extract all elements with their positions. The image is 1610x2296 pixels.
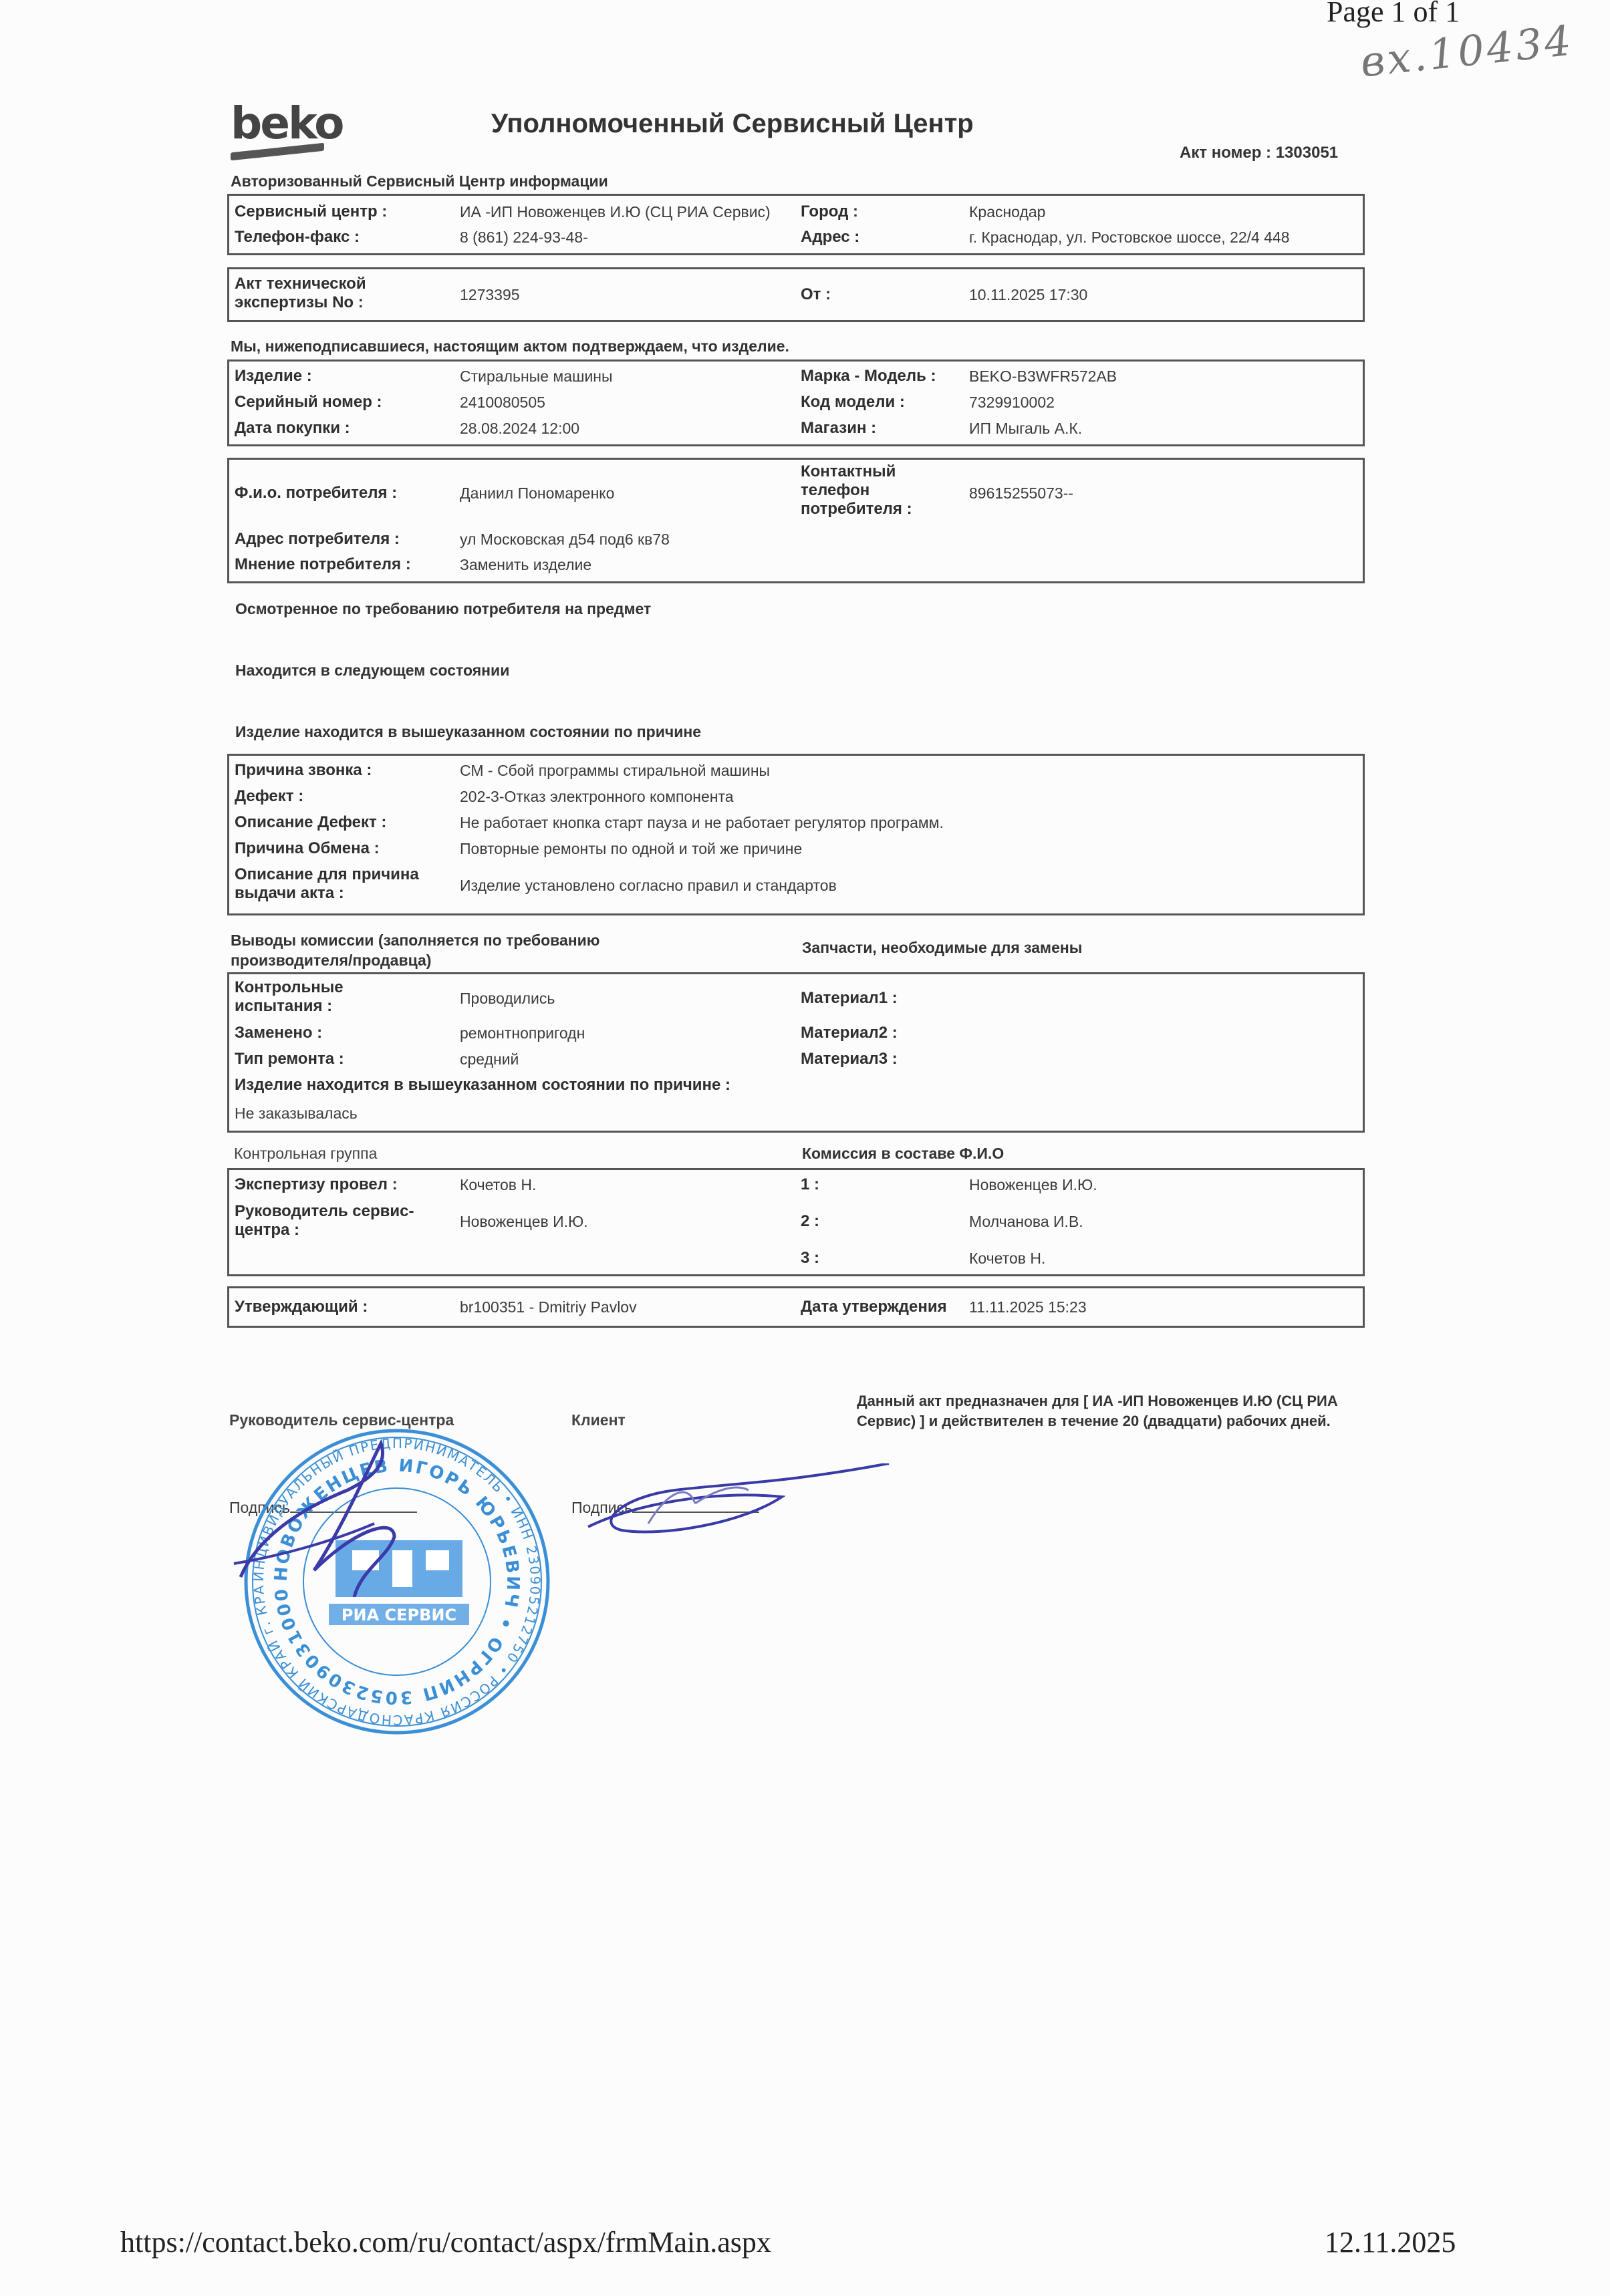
- parts-heading: Запчасти, необходимые для замены: [802, 939, 1082, 957]
- material2-label: Материал2 :: [801, 1024, 898, 1042]
- replaced-value: ремонтнопригодн: [460, 1024, 585, 1042]
- validity-note: Данный акт предназначен для [ ИА -ИП Нов…: [857, 1391, 1365, 1431]
- consumer-phone-value: 89615255073--: [969, 484, 1073, 503]
- approval-date-value: 11.11.2025 15:23: [969, 1298, 1087, 1316]
- service-center-heading: Авторизованный Сервисный Центр информаци…: [231, 172, 608, 190]
- act-number-label: Акт номер :: [1180, 144, 1271, 162]
- control-tests-value: Проводились: [460, 989, 555, 1008]
- beko-logo: beko: [231, 104, 331, 164]
- head-signature-scribble-icon: [221, 1423, 555, 1597]
- member-2-num: 2 :: [801, 1212, 819, 1231]
- city-label: Город :: [801, 202, 858, 221]
- document-title: Уполномоченный Сервисный Центр: [491, 109, 974, 139]
- defect-description-value: Не работает кнопка старт пауза и не рабо…: [460, 813, 944, 832]
- expert-label: Экспертизу провел :: [235, 1175, 398, 1194]
- defect-value: 202-3-Отказ электронного компонента: [460, 787, 734, 806]
- consumer-opinion-value: Заменить изделие: [460, 555, 591, 574]
- member-1-name: Новоженцев И.Ю.: [969, 1175, 1097, 1194]
- address-label: Адрес :: [801, 228, 859, 247]
- call-reason-label: Причина звонка :: [235, 761, 372, 780]
- state-reason-label: Изделие находится в вышеуказанном состоя…: [235, 1076, 730, 1095]
- purchase-date-label: Дата покупки :: [235, 419, 350, 438]
- consumer-box: Ф.и.о. потребителя : Даниил Пономаренко …: [227, 458, 1365, 583]
- consumer-phone-label: Контактный телефон потребителя :: [801, 462, 912, 519]
- repair-type-label: Тип ремонта :: [235, 1050, 344, 1068]
- serial-value: 2410080505: [460, 393, 545, 412]
- brand-model-value: BEKO-B3WFR572AB: [969, 367, 1117, 386]
- from-label: От :: [801, 285, 831, 304]
- head-value: Новоженцев И.Ю.: [460, 1212, 588, 1231]
- material1-label: Материал1 :: [801, 989, 898, 1008]
- model-code-label: Код модели :: [801, 393, 905, 412]
- phone-fax-label: Телефон-факс :: [235, 228, 360, 247]
- expertise-act-value: 1273395: [460, 285, 520, 304]
- control-group-heading: Контрольная группа: [234, 1145, 377, 1163]
- head-label: Руководитель сервис- центра :: [235, 1202, 414, 1240]
- approval-date-label: Дата утверждения: [801, 1298, 947, 1316]
- conclusions-heading: Выводы комиссии (заполняется по требован…: [231, 930, 599, 970]
- expert-value: Кочетов Н.: [460, 1175, 536, 1194]
- expertise-box: Акт технической экспертизы No : 1273395 …: [227, 267, 1365, 322]
- address-value: г. Краснодар, ул. Ростовское шоссе, 22/4…: [969, 228, 1290, 247]
- issue-description-label: Описание для причина выдачи акта :: [235, 865, 419, 903]
- control-group-box: Экспертизу провел : Кочетов Н. Руководит…: [227, 1168, 1365, 1276]
- member-3-name: Кочетов Н.: [969, 1249, 1045, 1268]
- service-center-label: Сервисный центр :: [235, 202, 387, 221]
- shop-label: Магазин :: [801, 419, 876, 438]
- consumer-name-value: Даниил Пономаренко: [460, 484, 614, 503]
- call-reason-value: СМ - Сбой программы стиральной машины: [460, 761, 770, 780]
- exchange-reason-label: Причина Обмена :: [235, 839, 380, 858]
- purchase-date-value: 28.08.2024 12:00: [460, 419, 579, 438]
- consumer-address-label: Адрес потребителя :: [235, 530, 400, 549]
- consumer-address-value: ул Московская д54 под6 кв78: [460, 530, 670, 549]
- shop-value: ИП Мыгаль А.К.: [969, 419, 1082, 438]
- control-tests-label: Контрольные испытания :: [235, 978, 344, 1016]
- service-center-value: ИА -ИП Новоженцев И.Ю (СЦ РИА Сервис): [460, 202, 771, 221]
- phone-fax-value: 8 (861) 224-93-48-: [460, 228, 588, 247]
- from-value: 10.11.2025 17:30: [969, 285, 1087, 304]
- serial-label: Серийный номер :: [235, 393, 382, 412]
- member-3-num: 3 :: [801, 1249, 819, 1268]
- member-2-name: Молчанова И.В.: [969, 1212, 1083, 1231]
- state-heading: Находится в следующем состоянии: [235, 662, 509, 680]
- service-center-box: Сервисный центр : ИА -ИП Новоженцев И.Ю …: [227, 194, 1365, 255]
- defect-box: Причина звонка : СМ - Сбой программы сти…: [227, 754, 1365, 915]
- act-number-value: 1303051: [1276, 144, 1338, 162]
- product-heading: Мы, нижеподписавшиеся, настоящим актом п…: [231, 337, 789, 355]
- examined-heading: Осмотренное по требованию потребителя на…: [235, 600, 651, 618]
- issue-description-value: Изделие установлено согласно правил и ст…: [460, 876, 837, 895]
- state-reason-value: Не заказывалась: [235, 1104, 358, 1123]
- logo-text: beko: [231, 104, 331, 144]
- item-label: Изделие :: [235, 367, 312, 386]
- footer-url: https://contact.beko.com/ru/contact/aspx…: [120, 2225, 771, 2259]
- page-indicator: Page 1 of 1: [1327, 0, 1460, 29]
- approver-label: Утверждающий :: [235, 1298, 368, 1316]
- exchange-reason-value: Повторные ремонты по одной и той же прич…: [460, 839, 802, 858]
- replaced-label: Заменено :: [235, 1024, 322, 1042]
- product-box: Изделие : Стиральные машины Марка - Моде…: [227, 360, 1365, 446]
- expertise-act-label: Акт технической экспертизы No :: [235, 275, 366, 312]
- city-value: Краснодар: [969, 202, 1045, 221]
- act-number: Акт номер : 1303051: [1180, 144, 1338, 162]
- defect-label: Дефект :: [235, 787, 303, 806]
- model-code-value: 7329910002: [969, 393, 1055, 412]
- defect-description-label: Описание Дефект :: [235, 813, 386, 832]
- repair-type-value: средний: [460, 1050, 519, 1068]
- brand-model-label: Марка - Модель :: [801, 367, 936, 386]
- consumer-opinion-label: Мнение потребителя :: [235, 555, 411, 574]
- consumer-name-label: Ф.и.о. потребителя :: [235, 484, 397, 503]
- item-value: Стиральные машины: [460, 367, 613, 386]
- commission-box: Контрольные испытания : Проводились Мате…: [227, 972, 1365, 1133]
- client-signature-label: Клиент: [571, 1411, 626, 1429]
- commission-members-heading: Комиссия в составе Ф.И.О: [802, 1145, 1004, 1163]
- approval-box: Утверждающий : br100351 - Dmitriy Pavlov…: [227, 1286, 1365, 1328]
- client-signature-scribble-icon: [581, 1463, 902, 1544]
- svg-text:РИА СЕРВИС: РИА СЕРВИС: [342, 1606, 456, 1624]
- approver-value: br100351 - Dmitriy Pavlov: [460, 1298, 637, 1316]
- footer-date: 12.11.2025: [1325, 2225, 1456, 2259]
- member-1-num: 1 :: [801, 1175, 819, 1194]
- material3-label: Материал3 :: [801, 1050, 898, 1068]
- reason-heading: Изделие находится в вышеуказанном состоя…: [235, 723, 701, 741]
